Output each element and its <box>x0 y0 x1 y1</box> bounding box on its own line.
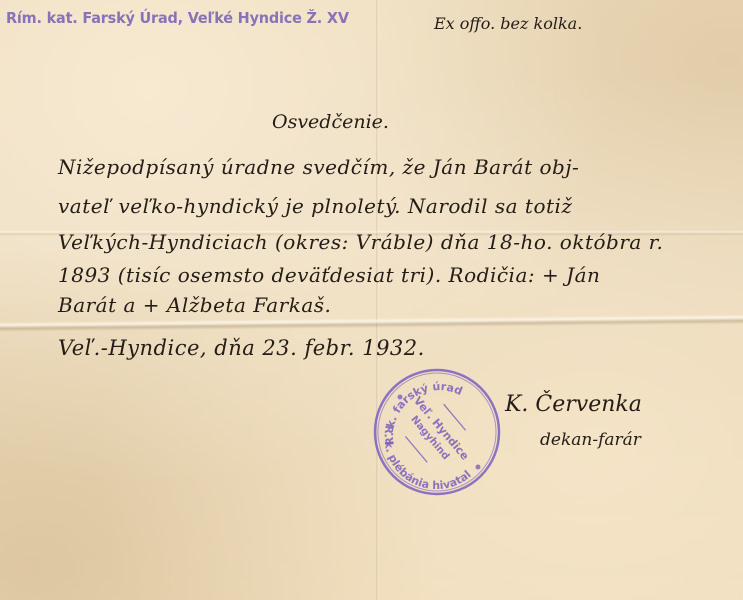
signature-title: dekan-farár <box>540 430 641 450</box>
document-page: Rím. kat. Farský Úrad, Veľké Hyndice Ž. … <box>0 0 743 600</box>
vertical-fold-crease <box>376 0 379 600</box>
body-line-1: Nižepodpísaný úradne svedčím, že Ján Bar… <box>58 155 579 179</box>
fee-exemption-note: Ex offo. bez kolka. <box>434 14 582 33</box>
body-line-3: Veľkých-Hyndiciach (okres: Vráble) dňa 1… <box>58 230 663 254</box>
body-line-5: Barát a + Alžbeta Farkaš. <box>58 293 331 317</box>
place-and-date: Veľ.-Hyndice, dňa 23. febr. 1932. <box>58 336 425 360</box>
parish-round-seal: R. k. farský úrad R. k. plébánia hivatal… <box>372 367 502 497</box>
document-title: Osvedčenie. <box>272 111 389 133</box>
signature-name: K. Červenka <box>505 392 642 417</box>
seal-icon: R. k. farský úrad R. k. plébánia hivatal… <box>372 367 502 497</box>
body-line-2: vateľ veľko-hyndický je plnoletý. Narodi… <box>58 194 572 218</box>
body-line-4: 1893 (tisíc osemsto deväťdesiat tri). Ro… <box>58 263 600 287</box>
letterhead-stamp: Rím. kat. Farský Úrad, Veľké Hyndice Ž. … <box>6 9 349 27</box>
